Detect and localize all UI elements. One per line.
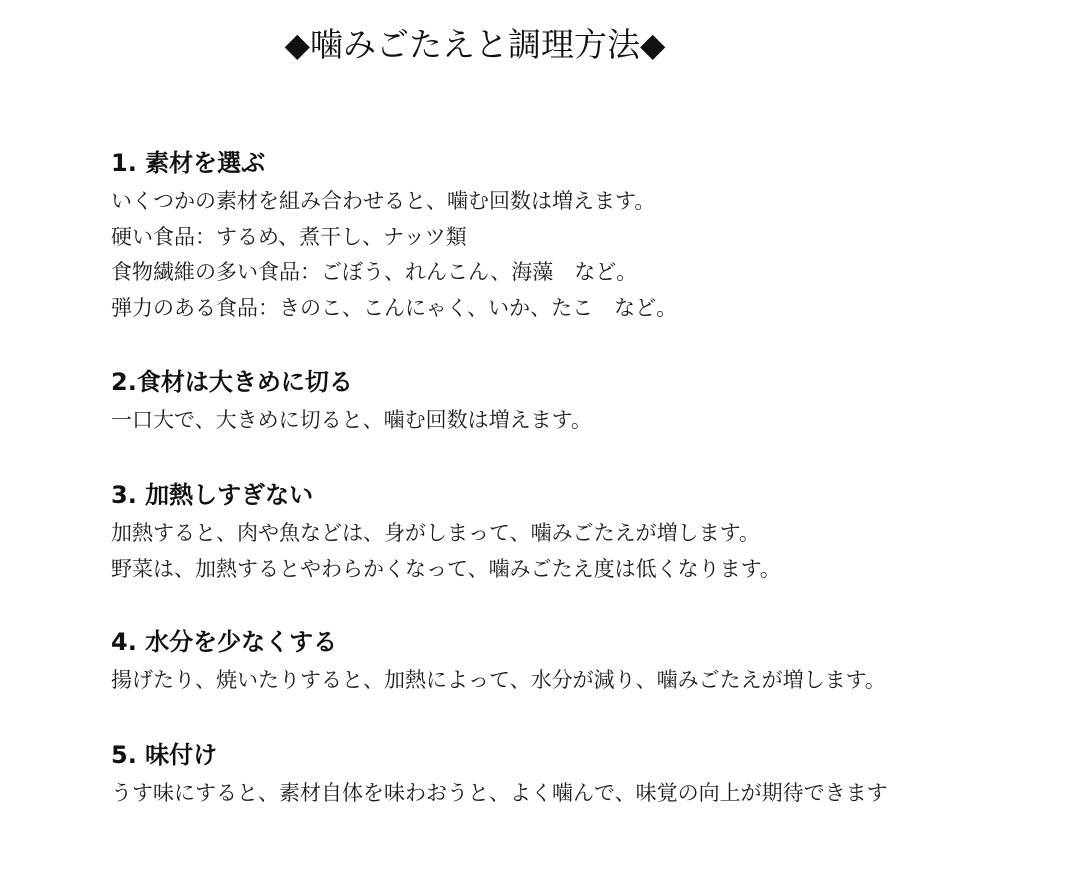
section-text: 加熱すると、肉や魚などは、身がしまって、噛みごたえが増します。 [111,516,781,552]
section-heading: 2.食材は大きめに切る [111,365,592,399]
section-heading: 4. 水分を少なくする [111,625,886,659]
section-text: うす味にすると、素材自体を味わおうと、よく噛んで、味覚の向上が期待できます [111,776,888,812]
section-text: 食物繊維の多い食品：ごぼう、れんこん、海藻 など。 [111,255,677,291]
section-text: 揚げたり、焼いたりすると、加熱によって、水分が減り、噛みごたえが増します。 [111,663,886,699]
section-cut-large: 2.食材は大きめに切る 一口大で、大きめに切ると、噛む回数は増えます。 [111,365,592,439]
section-text: いくつかの素材を組み合わせると、噛む回数は増えます。 [111,184,677,220]
section-dont-overheat: 3. 加熱しすぎない 加熱すると、肉や魚などは、身がしまって、噛みごたえが増しま… [111,478,781,587]
page-title: ◆噛みごたえと調理方法◆ [0,22,950,68]
section-text: 硬い食品：するめ、煮干し、ナッツ類 [111,220,677,256]
section-text: 野菜は、加熱するとやわらかくなって、噛みごたえ度は低くなります。 [111,552,781,588]
section-text: 一口大で、大きめに切ると、噛む回数は増えます。 [111,403,592,439]
section-reduce-moisture: 4. 水分を少なくする 揚げたり、焼いたりすると、加熱によって、水分が減り、噛み… [111,625,886,699]
section-choose-ingredients: 1. 素材を選ぶ いくつかの素材を組み合わせると、噛む回数は増えます。 硬い食品… [111,146,677,326]
section-seasoning: 5. 味付け うす味にすると、素材自体を味わおうと、よく噛んで、味覚の向上が期待… [111,738,888,812]
section-heading: 3. 加熱しすぎない [111,478,781,512]
section-text: 弾力のある食品：きのこ、こんにゃく、いか、たこ など。 [111,291,677,327]
section-heading: 5. 味付け [111,738,888,772]
section-heading: 1. 素材を選ぶ [111,146,677,180]
